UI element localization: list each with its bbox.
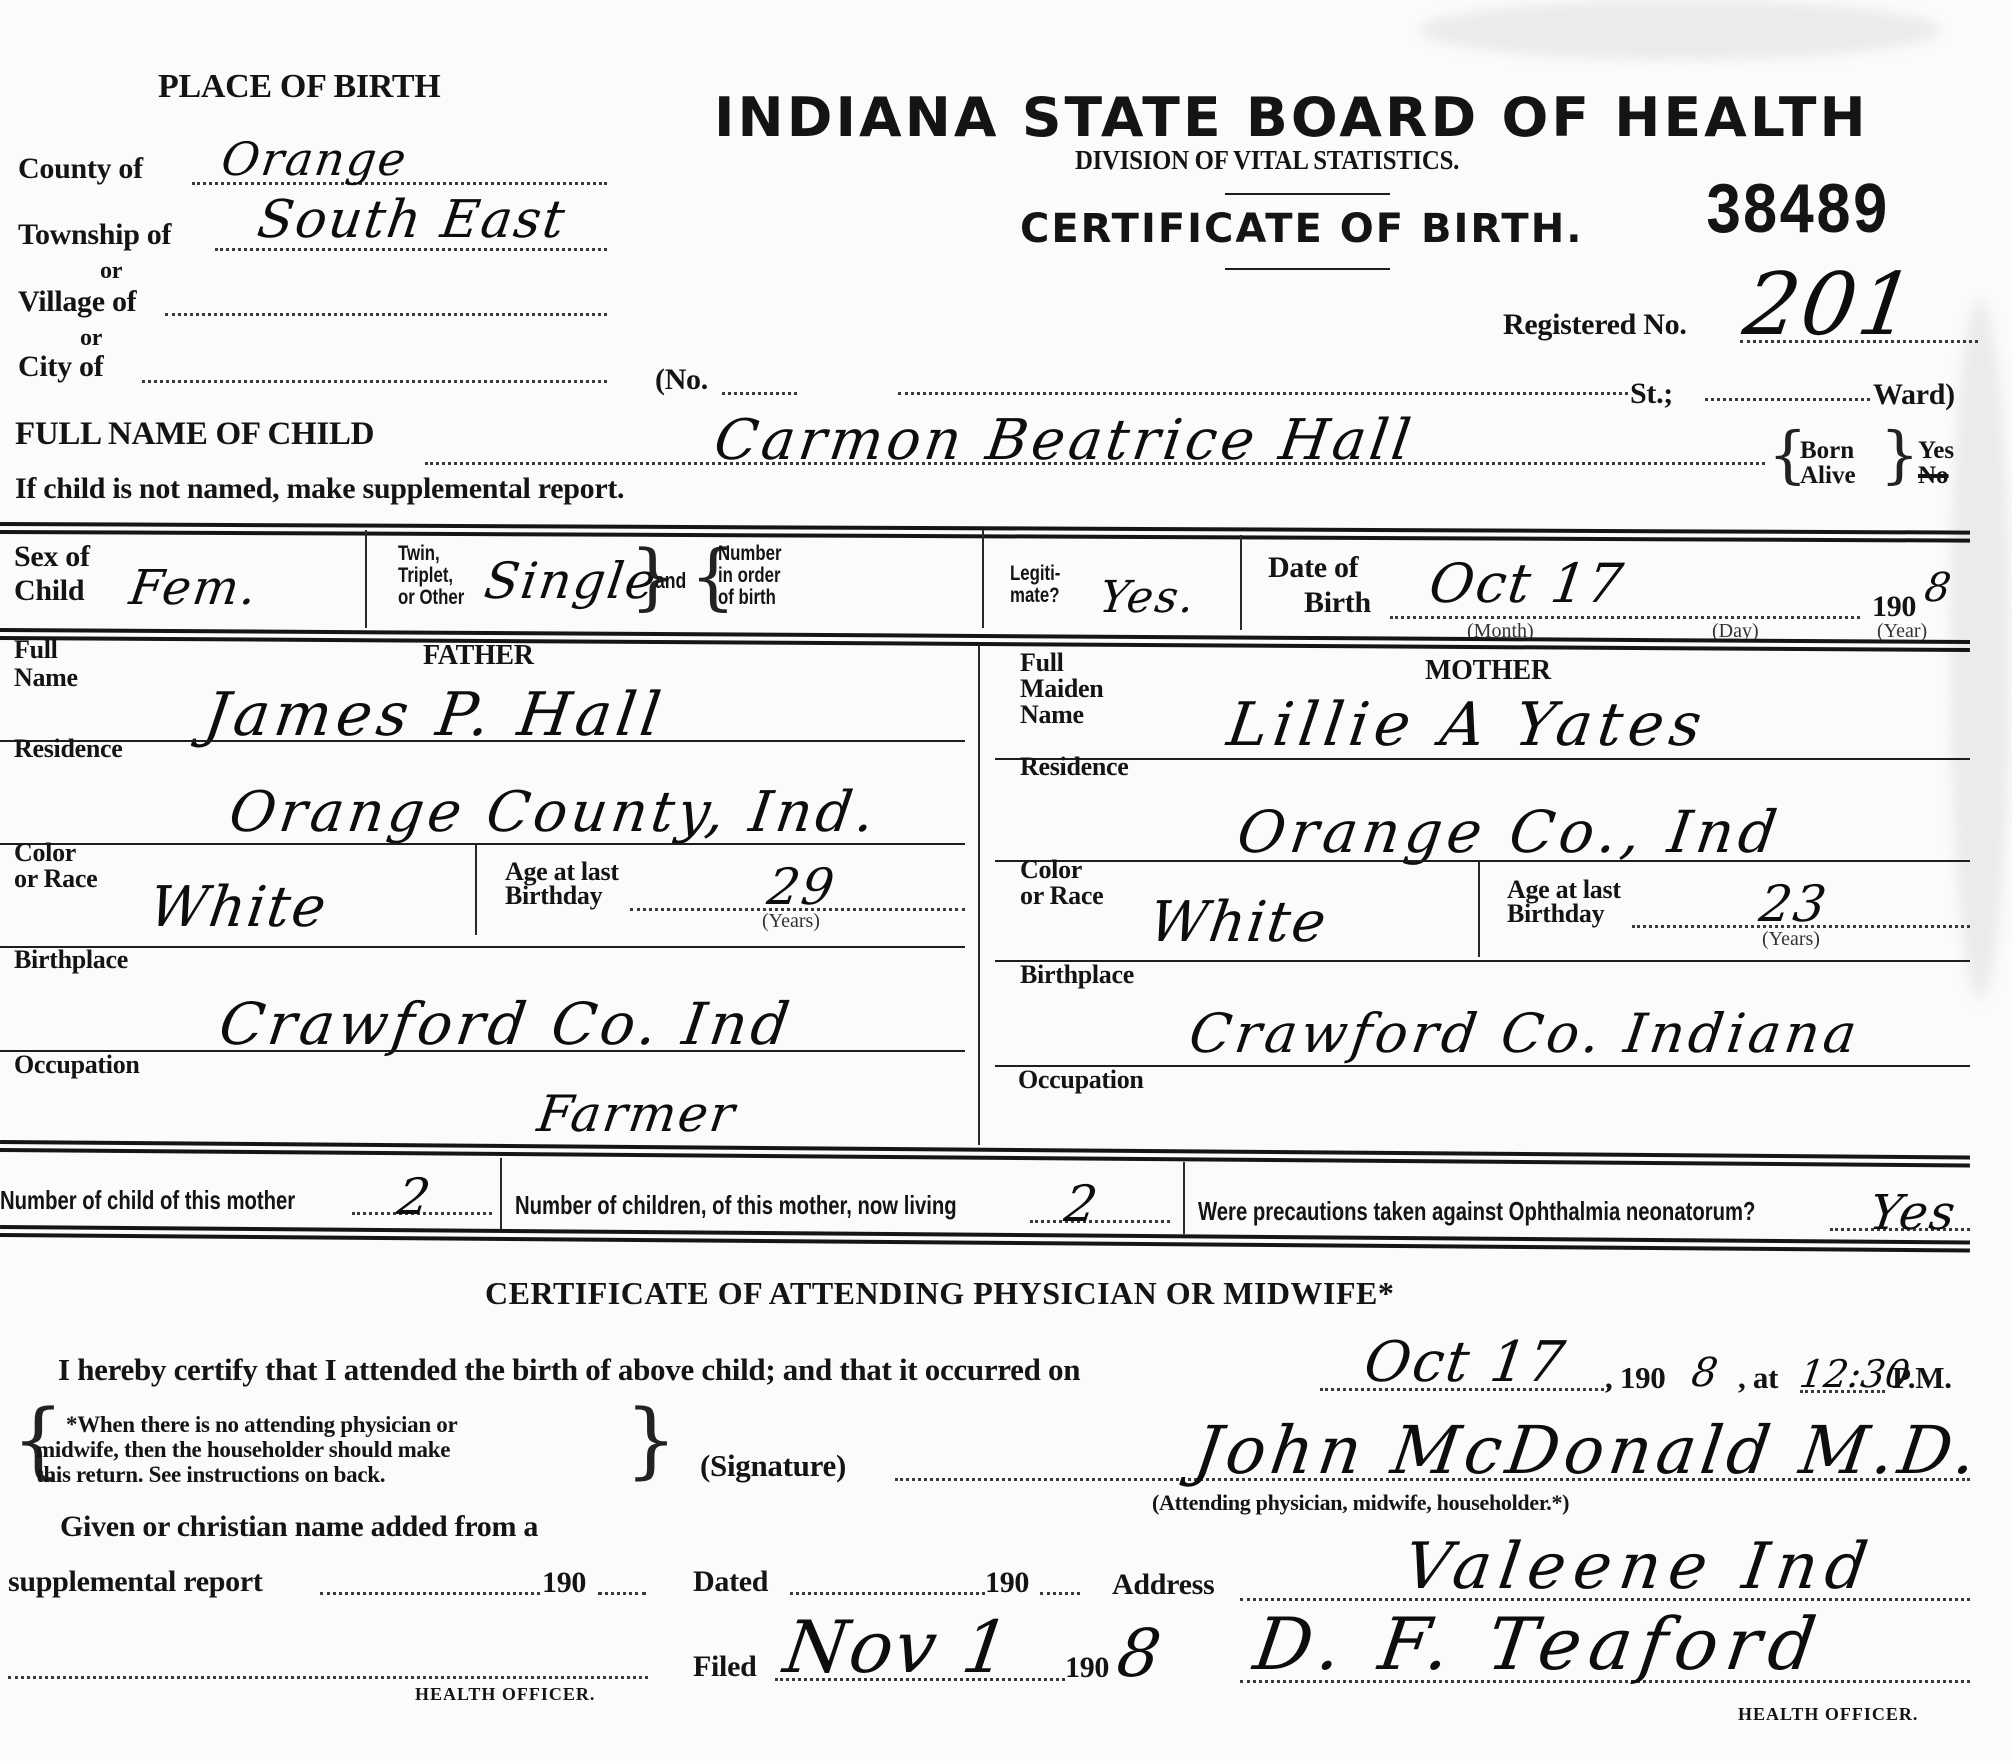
- mother-section-title: MOTHER: [1425, 655, 1551, 687]
- twin-label-line-2: Triplet,: [398, 565, 464, 587]
- township-value[interactable]: South East: [254, 190, 570, 250]
- label-line: Birthday: [505, 884, 619, 908]
- children-living-value[interactable]: 2: [1061, 1175, 1103, 1233]
- children-living-label: Number of children, of this mother, now …: [515, 1190, 957, 1221]
- ward-field-line[interactable]: [1705, 398, 1870, 401]
- address-label: Address: [1112, 1568, 1214, 1602]
- paper-stain: [1420, 0, 1940, 60]
- label-line: Color: [14, 840, 97, 866]
- mother-residence-value[interactable]: Orange Co., Ind: [1233, 798, 1786, 866]
- filed-label: Filed: [693, 1650, 757, 1684]
- children-living-field-line: [1030, 1220, 1170, 1223]
- mother-full-name-value[interactable]: Lillie A Yates: [1223, 690, 1712, 760]
- health-officer-signature-line-left[interactable]: [8, 1676, 648, 1679]
- label-line: Birthday: [1507, 902, 1621, 926]
- title-rule-top: [1225, 193, 1390, 195]
- sex-label: Sex of Child: [14, 540, 90, 608]
- age-column-divider: [475, 845, 477, 935]
- section-divider-double-line: [0, 1225, 1970, 1252]
- father-birthplace-label: Birthplace: [14, 945, 128, 975]
- label-line: Color: [1020, 857, 1103, 883]
- child-number-value[interactable]: 2: [394, 1168, 436, 1226]
- label-line: Full: [1020, 650, 1103, 676]
- date-of-birth-label: Date of Birth: [1268, 550, 1371, 620]
- father-color-label: Color or Race: [14, 840, 97, 892]
- mother-age-label: Age at last Birthday: [1507, 878, 1621, 926]
- supplemental-date-field-line[interactable]: [320, 1592, 540, 1595]
- order-of-birth-label: Number in order of birth: [718, 543, 781, 609]
- signature-label: (Signature): [700, 1448, 846, 1484]
- title-rule-bottom: [1225, 268, 1390, 270]
- certificate-number: 38489: [1705, 172, 1889, 254]
- father-residence-value[interactable]: Orange County, Ind.: [225, 780, 882, 845]
- section-divider-double-line: [0, 628, 1970, 652]
- note-line: *When there is no attending physician or: [36, 1412, 457, 1437]
- or-separator: or: [80, 325, 102, 352]
- mother-occupation-label: Occupation: [1018, 1065, 1144, 1095]
- legit-label-line-1: Legiti-: [1010, 563, 1060, 585]
- legitimate-value[interactable]: Yes.: [1096, 572, 1199, 623]
- child-full-name-label: FULL NAME OF CHILD: [15, 416, 374, 453]
- age-column-divider: [1478, 862, 1480, 957]
- health-officer-caption-left: HEALTH OFFICER.: [415, 1684, 595, 1705]
- label-line: Full: [14, 636, 78, 664]
- street-field-line[interactable]: [898, 392, 1628, 395]
- date-of-birth-field-line: [1390, 616, 1860, 619]
- label-line: Name: [1020, 702, 1103, 728]
- mother-birthplace-label: Birthplace: [1020, 960, 1134, 990]
- occurred-year-prefix: , 190: [1605, 1360, 1666, 1396]
- father-age-label: Age at last Birthday: [505, 860, 619, 908]
- dated-year-prefix: 190: [985, 1566, 1029, 1600]
- occurred-year-value[interactable]: 8: [1689, 1350, 1723, 1396]
- label-line: Maiden: [1020, 676, 1103, 702]
- note-line: this return. See instructions on back.: [36, 1462, 457, 1487]
- supplemental-year-prefix: 190: [542, 1566, 586, 1600]
- dated-field-line[interactable]: [790, 1592, 985, 1595]
- born-label: Born: [1800, 438, 1856, 463]
- attending-certificate-title: CERTIFICATE OF ATTENDING PHYSICIAN OR MI…: [485, 1275, 1394, 1312]
- twin-label: Twin, Triplet, or Other: [398, 543, 464, 609]
- street-no-label: (No.: [655, 363, 708, 397]
- am-pm: P.M.: [1892, 1360, 1952, 1396]
- column-divider: [500, 1158, 502, 1230]
- ward-label: Ward): [1873, 378, 1955, 412]
- order-label-line-2: in order: [718, 565, 781, 587]
- column-divider: [1183, 1162, 1185, 1234]
- order-label-line-3: of birth: [718, 587, 781, 609]
- city-label: City of: [18, 350, 103, 384]
- note-line: midwife, then the householder should mak…: [36, 1437, 457, 1462]
- born-alive-yes-option[interactable]: Yes: [1918, 438, 1954, 463]
- street-no-field-line[interactable]: [722, 392, 797, 395]
- order-of-birth-field[interactable]: [820, 540, 970, 620]
- father-full-name-label: Full Name: [14, 636, 78, 692]
- county-label: County of: [18, 152, 143, 186]
- dob-label-line-2: Birth: [1268, 585, 1371, 620]
- filed-date-value[interactable]: Nov 1: [779, 1605, 1017, 1689]
- section-divider-double-line: [0, 522, 1970, 543]
- field-rule: [0, 946, 965, 948]
- supplemental-year-field-line[interactable]: [598, 1592, 646, 1595]
- field-rule: [0, 740, 965, 742]
- years-caption: (Years): [762, 910, 820, 933]
- signature-caption: (Attending physician, midwife, household…: [1152, 1490, 1569, 1516]
- mother-occupation-field[interactable]: [1200, 1070, 1900, 1130]
- dob-year-prefix: 190: [1872, 590, 1916, 624]
- child-number-label: Number of child of this mother: [0, 1185, 295, 1216]
- field-rule: [995, 960, 1970, 962]
- dated-label: Dated: [693, 1565, 768, 1599]
- legitimate-label: Legiti- mate?: [1010, 563, 1060, 607]
- occurred-date-value[interactable]: Oct 17: [1360, 1330, 1570, 1395]
- county-value[interactable]: Orange: [218, 132, 411, 186]
- father-section-title: FATHER: [423, 640, 534, 672]
- column-divider: [365, 530, 367, 628]
- field-rule: [0, 843, 965, 845]
- father-occupation-value[interactable]: Farmer: [534, 1085, 740, 1143]
- mother-residence-label: Residence: [1020, 752, 1129, 782]
- mother-full-name-label: Full Maiden Name: [1020, 650, 1103, 728]
- mother-age-value[interactable]: 23: [1756, 875, 1832, 933]
- health-officer-signature[interactable]: D. F. Teaford: [1249, 1602, 1829, 1686]
- and-label: and: [655, 568, 686, 594]
- father-age-value[interactable]: 29: [764, 858, 840, 916]
- filed-year-prefix: 190: [1065, 1651, 1109, 1685]
- label-line: or Race: [14, 866, 97, 892]
- label-line: or Race: [1020, 883, 1103, 909]
- dob-label-line-1: Date of: [1268, 550, 1371, 585]
- certificate-title: CERTIFICATE OF BIRTH.: [1020, 206, 1583, 252]
- alive-label: Alive: [1800, 463, 1856, 488]
- registered-no-label: Registered No.: [1503, 308, 1687, 342]
- label-line: Name: [14, 664, 78, 692]
- village-field-line[interactable]: [165, 313, 607, 316]
- street-label: St.;: [1630, 377, 1673, 411]
- at-label: , at: [1738, 1360, 1778, 1396]
- order-label-line-1: Number: [718, 543, 781, 565]
- legit-label-line-2: mate?: [1010, 585, 1060, 607]
- twin-label-line-1: Twin,: [398, 543, 464, 565]
- field-rule: [0, 1050, 965, 1052]
- father-color-value[interactable]: White: [145, 875, 331, 940]
- city-field-line[interactable]: [142, 380, 607, 383]
- agency-title: INDIANA STATE BOARD OF HEALTH: [714, 86, 1869, 149]
- column-divider: [1240, 535, 1242, 630]
- date-of-birth-month-day[interactable]: Oct 17: [1426, 552, 1629, 615]
- filed-year-value[interactable]: 8: [1113, 1615, 1168, 1692]
- division-subtitle: DIVISION OF VITAL STATISTICS.: [1075, 145, 1459, 176]
- years-caption: (Years): [1762, 928, 1820, 951]
- born-alive-label: Born Alive: [1800, 438, 1856, 488]
- child-full-name-value[interactable]: Carmon Beatrice Hall: [710, 408, 1418, 473]
- father-residence-label: Residence: [14, 734, 123, 764]
- mother-color-value[interactable]: White: [1145, 890, 1331, 955]
- given-name-note-line-1: Given or christian name added from a: [60, 1510, 538, 1544]
- householder-note: *When there is no attending physician or…: [36, 1412, 457, 1487]
- sex-value[interactable]: Fem.: [126, 560, 262, 616]
- sex-label-line-2: Child: [14, 574, 90, 608]
- sex-label-line-1: Sex of: [14, 540, 90, 574]
- precautions-value[interactable]: Yes: [1866, 1185, 1960, 1241]
- note-close-brace: }: [625, 1400, 677, 1482]
- parents-column-divider: [978, 645, 980, 1145]
- place-of-birth-heading: PLACE OF BIRTH: [158, 68, 440, 106]
- address-value[interactable]: Valeene Ind: [1400, 1530, 1880, 1604]
- born-alive-no-option-struck[interactable]: No: [1918, 463, 1954, 488]
- field-rule: [995, 860, 1970, 862]
- or-separator: or: [100, 258, 122, 285]
- born-alive-close-brace: }: [1880, 424, 1919, 486]
- mother-birthplace-value[interactable]: Crawford Co. Indiana: [1186, 1002, 1865, 1065]
- dated-year-field-line[interactable]: [1040, 1592, 1080, 1595]
- twin-label-line-3: or Other: [398, 587, 464, 609]
- precautions-label: Were precautions taken against Ophthalmi…: [1198, 1196, 1755, 1227]
- supplemental-report-note: If child is not named, make supplemental…: [15, 472, 624, 506]
- born-alive-options: Yes No: [1918, 438, 1954, 488]
- mother-color-label: Color or Race: [1020, 857, 1103, 909]
- field-rule: [995, 758, 1970, 760]
- column-divider: [982, 530, 984, 628]
- given-name-note-line-2: supplemental report: [8, 1565, 263, 1599]
- village-label: Village of: [18, 285, 136, 319]
- physician-signature[interactable]: John McDonald M.D.: [1190, 1412, 1987, 1489]
- father-occupation-label: Occupation: [14, 1050, 140, 1080]
- certify-statement: I hereby certify that I attended the bir…: [58, 1352, 1080, 1388]
- health-officer-caption-right: HEALTH OFFICER.: [1738, 1704, 1918, 1725]
- township-label: Township of: [18, 218, 171, 252]
- registered-no-value[interactable]: 201: [1738, 255, 1922, 355]
- father-birthplace-value[interactable]: Crawford Co. Ind: [215, 990, 797, 1058]
- section-divider-double-line: [0, 1140, 1970, 1167]
